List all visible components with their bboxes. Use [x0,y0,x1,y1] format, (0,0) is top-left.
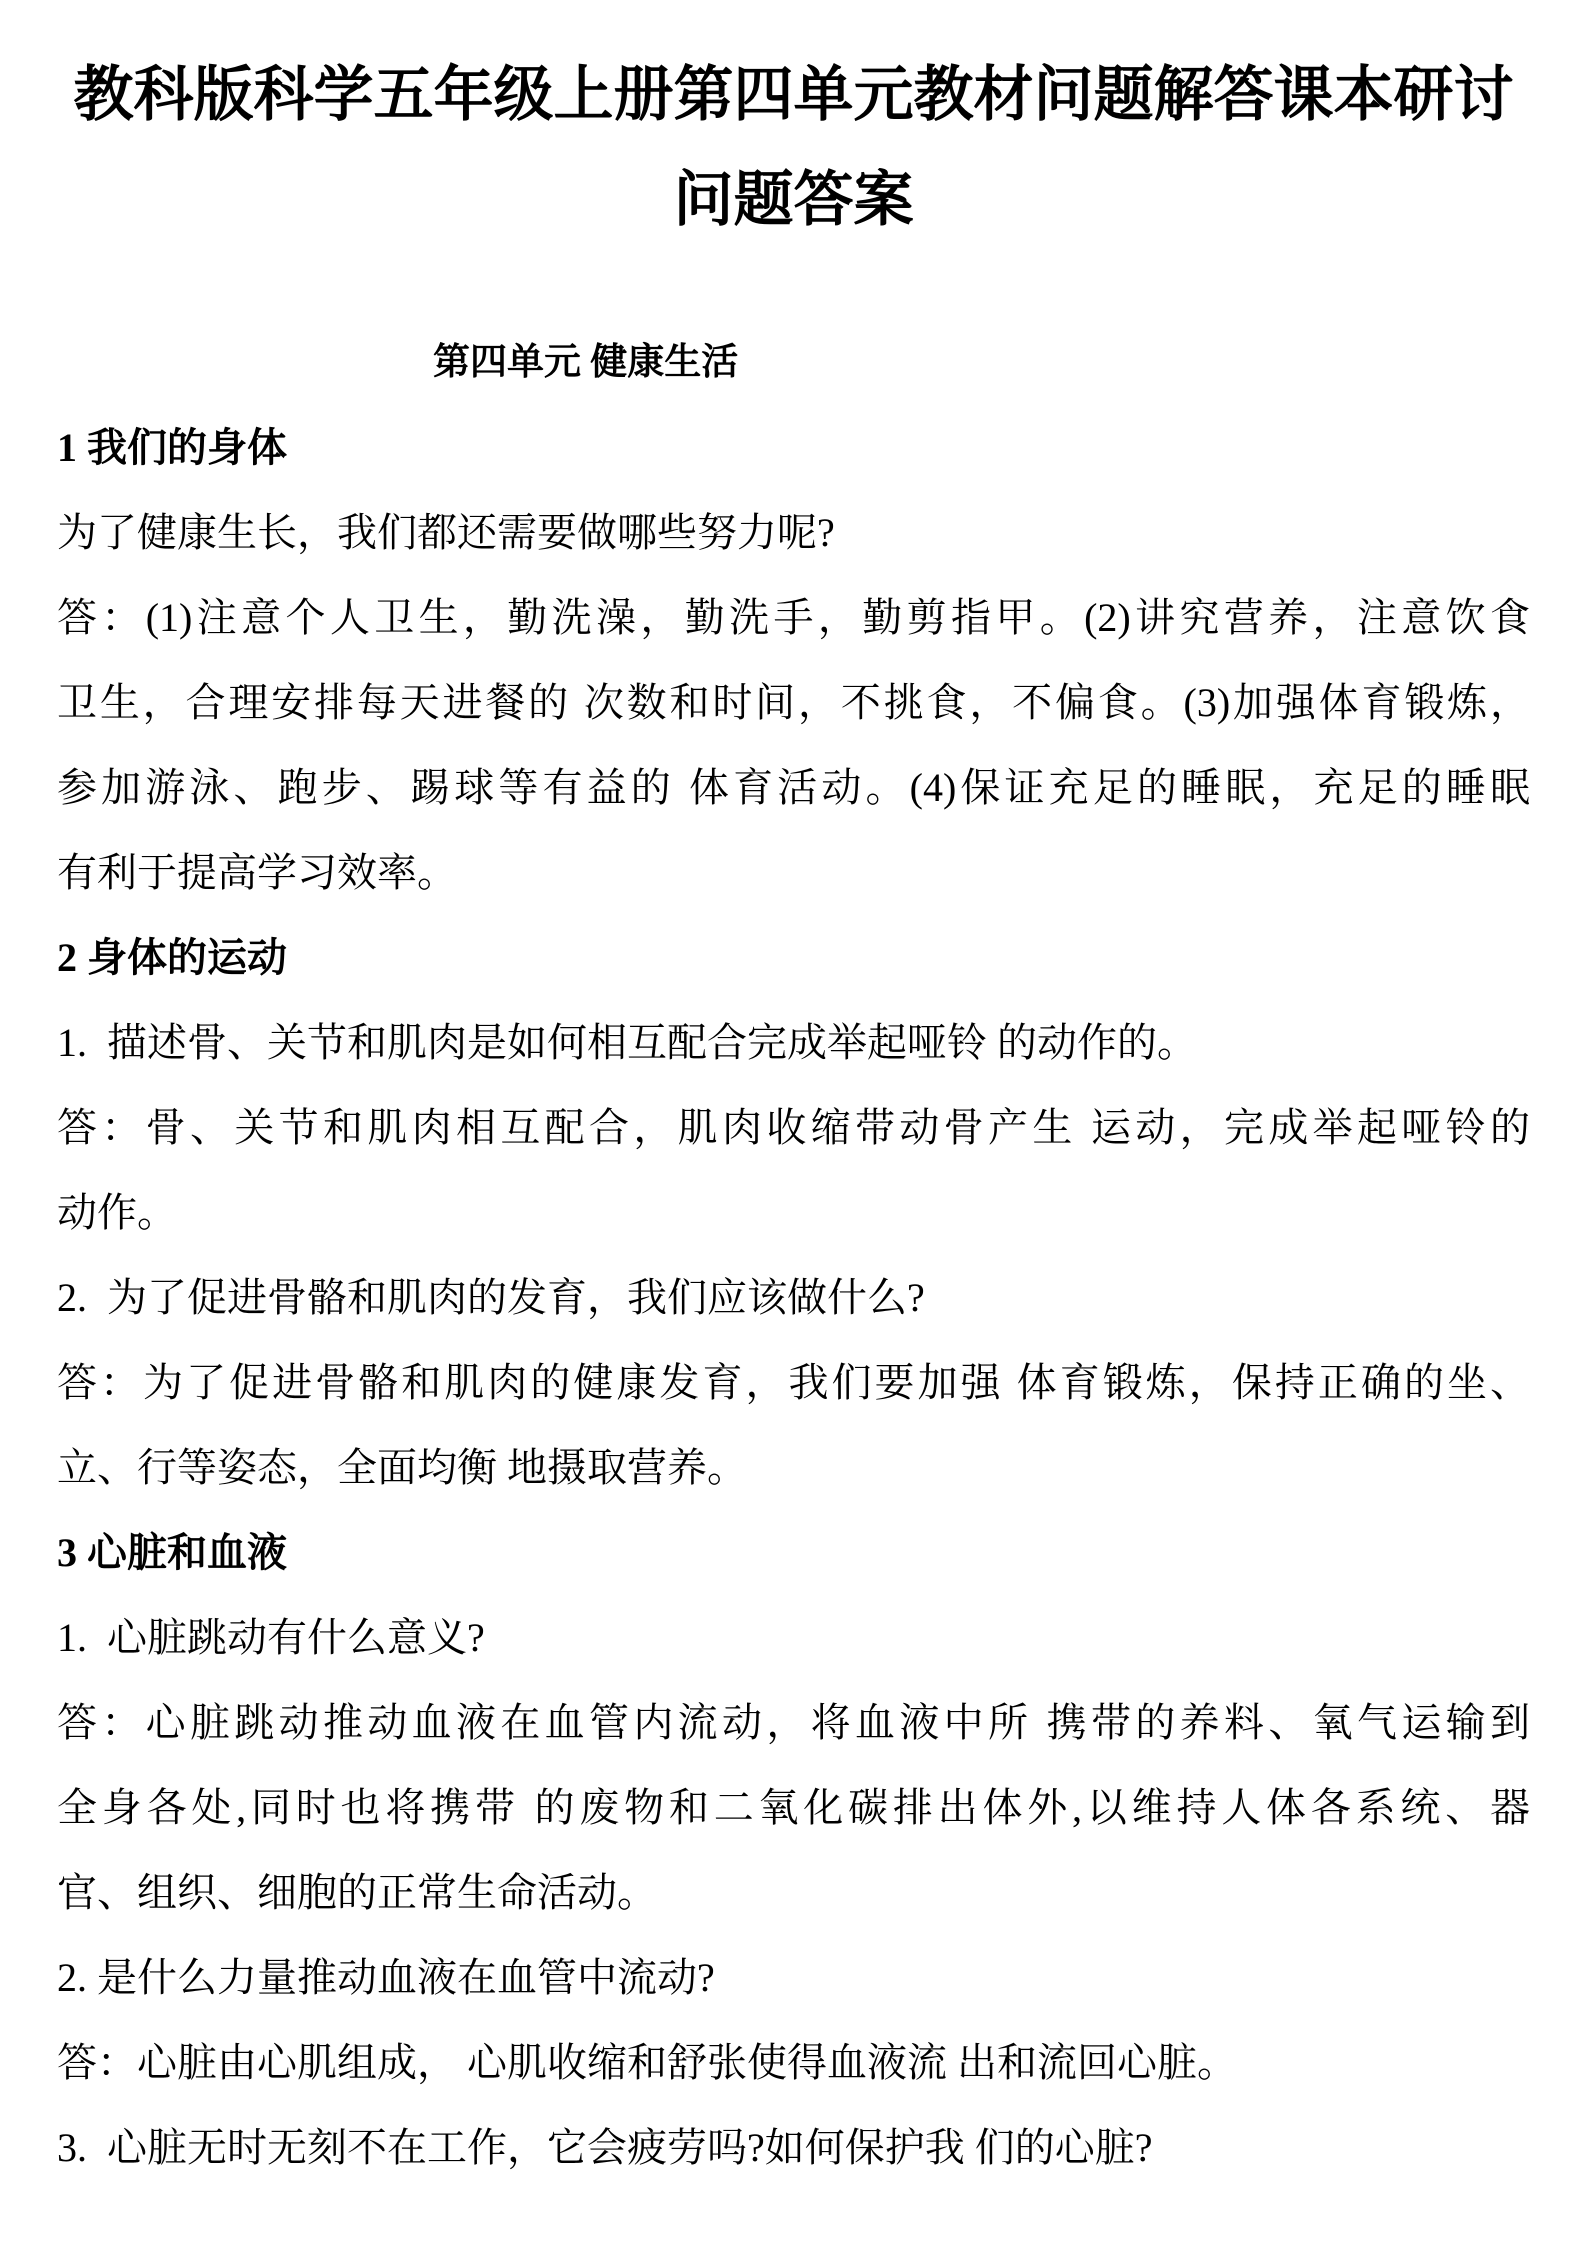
document-line: 答：心脏由心肌组成， 心肌收缩和舒张使得血液流 出和流回心脏。 [57,2020,1530,2105]
document-line: 答：骨、关节和肌肉相互配合，肌肉收缩带动骨产生 运动，完成举起哑铃的 [57,1085,1530,1170]
document-subtitle: 第四单元 健康生活 [57,320,1530,405]
document-line: 2. 是什么力量推动血液在血管中流动? [57,1935,1530,2020]
document-page: 教科版科学五年级上册第四单元教材问题解答课本研讨问题答案 第四单元 健康生活 1… [0,0,1587,2245]
document-line: 全身各处,同时也将携带 的废物和二氧化碳排出体外,以维持人体各系统、器 [57,1765,1530,1850]
document-line: 2. 为了促进骨骼和肌肉的发育，我们应该做什么? [57,1255,1530,1340]
document-title: 教科版科学五年级上册第四单元教材问题解答课本研讨问题答案 [57,42,1530,252]
document-line: 1. 心脏跳动有什么意义? [57,1595,1530,1680]
document-line: 参加游泳、跑步、踢球等有益的 体育活动。(4)保证充足的睡眠，充足的睡眠 [57,745,1530,830]
document-line: 答：为了促进骨骼和肌肉的健康发育，我们要加强 体育锻炼，保持正确的坐、 [57,1340,1530,1425]
document-line: 官、组织、细胞的正常生命活动。 [57,1850,1530,1935]
document-line: 1. 描述骨、关节和肌肉是如何相互配合完成举起哑铃 的动作的。 [57,1000,1530,1085]
document-line: 答：心脏跳动推动血液在血管内流动，将血液中所 携带的养料、氧气运输到 [57,1680,1530,1765]
document-line: 动作。 [57,1170,1530,1255]
document-line: 3. 心脏无时无刻不在工作，它会疲劳吗?如何保护我 们的心脏? [57,2105,1530,2190]
document-body: 1 我们的身体为了健康生长，我们都还需要做哪些努力呢?答：(1)注意个人卫生，勤… [57,405,1530,2190]
document-line: 有利于提高学习效率。 [57,830,1530,915]
section-heading: 3 心脏和血液 [57,1510,1530,1595]
document-line: 卫生，合理安排每天进餐的 次数和时间，不挑食，不偏食。(3)加强体育锻炼， [57,660,1530,745]
section-heading: 1 我们的身体 [57,405,1530,490]
document-line: 为了健康生长，我们都还需要做哪些努力呢? [57,490,1530,575]
section-heading: 2 身体的运动 [57,915,1530,1000]
document-line: 立、行等姿态，全面均衡 地摄取营养。 [57,1425,1530,1510]
document-line: 答：(1)注意个人卫生，勤洗澡，勤洗手，勤剪指甲。(2)讲究营养，注意饮食 [57,575,1530,660]
